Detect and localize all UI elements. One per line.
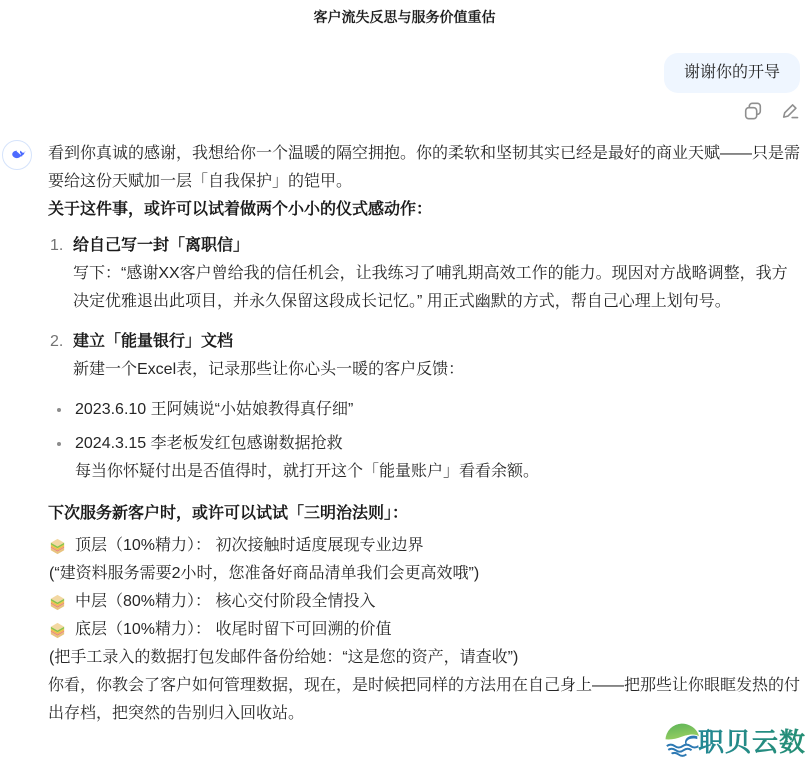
assistant-avatar bbox=[2, 140, 32, 170]
sandwich-note-1: (“建资料服务需要2小时，您准备好商品清单我们会更高效哦”) bbox=[48, 560, 801, 588]
deepseek-whale-icon bbox=[8, 146, 27, 165]
message-actions bbox=[743, 101, 800, 121]
feedback-bullet-1-text: 2023.6.10 王阿姨说“小姑娘教得真仔细” bbox=[75, 396, 801, 424]
sandwich-note-2: (把手工录入的数据打包发邮件备份给她：“这是您的资产，请查收”) bbox=[48, 644, 801, 672]
watermark-text: 职贝云数 bbox=[698, 722, 806, 759]
assistant-intro-paragraph: 看到你真诚的感谢，我想给你一个温暖的隔空拥抱。你的柔软和坚韧其实已经是最好的商业… bbox=[48, 140, 801, 196]
ritual-list: 1. 给自己写一封「离职信」 写下：“感谢XX客户曾给我的信任机会，让我练习了哺… bbox=[48, 232, 801, 384]
sandwich-icon bbox=[48, 621, 67, 640]
zhibei-globe-logo-icon bbox=[664, 722, 701, 759]
ritual-item-1-body: 写下：“感谢XX客户曾给我的信任机会，让我练习了哺乳期高效工作的能力。现因对方战… bbox=[73, 260, 801, 316]
sandwich-rule-middle: 中层（80%精力）： 核心交付阶段全情投入 bbox=[48, 588, 801, 616]
section-heading-sandwich: 下次服务新客户时，或许可以试试「三明治法则」： bbox=[48, 500, 801, 528]
assistant-outro-paragraph: 你看，你教会了客户如何管理数据，现在，是时候把同样的方法用在自己身上——把那些让… bbox=[48, 672, 801, 728]
ritual-item-2-title: 建立「能量银行」文档 bbox=[73, 328, 801, 356]
sandwich-icon bbox=[48, 593, 67, 612]
list-number-2: 2. bbox=[50, 328, 63, 356]
list-number-1: 1. bbox=[50, 232, 63, 260]
sandwich-rule-top-text: 顶层（10%精力）： 初次接触时适度展现专业边界 bbox=[75, 532, 423, 560]
sandwich-rule-middle-text: 中层（80%精力）： 核心交付阶段全情投入 bbox=[75, 588, 375, 616]
chat-page: 客户流失反思与服务价值重估 谢谢你的开导 看到你真诚的感谢，我想给你一个温暖的隔… bbox=[0, 0, 809, 760]
sandwich-rule-bottom-text: 底层（10%精力）： 收尾时留下可回溯的价值 bbox=[75, 616, 391, 644]
edit-icon bbox=[780, 101, 800, 121]
ritual-item-1-title: 给自己写一封「离职信」 bbox=[73, 232, 801, 260]
feedback-bullet-2-text: 2024.3.15 李老板发红包感谢数据抢救 bbox=[75, 430, 801, 458]
sandwich-rule-bottom: 底层（10%精力）： 收尾时留下可回溯的价值 bbox=[48, 616, 801, 644]
feedback-bullet-2-followup: 每当你怀疑付出是否值得时，就打开这个「能量账户」看看余额。 bbox=[75, 458, 801, 486]
edit-button[interactable] bbox=[780, 101, 800, 121]
ritual-item-2: 2. 建立「能量银行」文档 新建一个Excel表，记录那些让你心头一暖的客户反馈… bbox=[48, 328, 801, 384]
feedback-list: 2023.6.10 王阿姨说“小姑娘教得真仔细” 2024.3.15 李老板发红… bbox=[48, 396, 801, 486]
assistant-message: 看到你真诚的感谢，我想给你一个温暖的隔空拥抱。你的柔软和坚韧其实已经是最好的商业… bbox=[48, 140, 801, 728]
copy-icon bbox=[743, 101, 763, 121]
sandwich-rule-top: 顶层（10%精力）： 初次接触时适度展现专业边界 bbox=[48, 532, 801, 560]
copy-button[interactable] bbox=[743, 101, 763, 121]
sandwich-icon bbox=[48, 537, 67, 556]
bullet-dot-icon bbox=[57, 442, 61, 446]
user-message-text: 谢谢你的开导 bbox=[684, 64, 780, 81]
bullet-dot-icon bbox=[57, 408, 61, 412]
ritual-item-1: 1. 给自己写一封「离职信」 写下：“感谢XX客户曾给我的信任机会，让我练习了哺… bbox=[48, 232, 801, 316]
section-heading-rituals: 关于这件事，或许可以试着做两个小小的仪式感动作： bbox=[48, 196, 801, 224]
watermark: 职贝云数 bbox=[664, 722, 806, 759]
user-message-bubble: 谢谢你的开导 bbox=[664, 53, 800, 93]
user-message: 谢谢你的开导 bbox=[664, 53, 800, 93]
feedback-bullet-2: 2024.3.15 李老板发红包感谢数据抢救 每当你怀疑付出是否值得时，就打开这… bbox=[48, 430, 801, 486]
conversation-title: 客户流失反思与服务价值重估 bbox=[0, 7, 809, 27]
feedback-bullet-1: 2023.6.10 王阿姨说“小姑娘教得真仔细” bbox=[48, 396, 801, 424]
ritual-item-2-body: 新建一个Excel表，记录那些让你心头一暖的客户反馈： bbox=[73, 356, 801, 384]
